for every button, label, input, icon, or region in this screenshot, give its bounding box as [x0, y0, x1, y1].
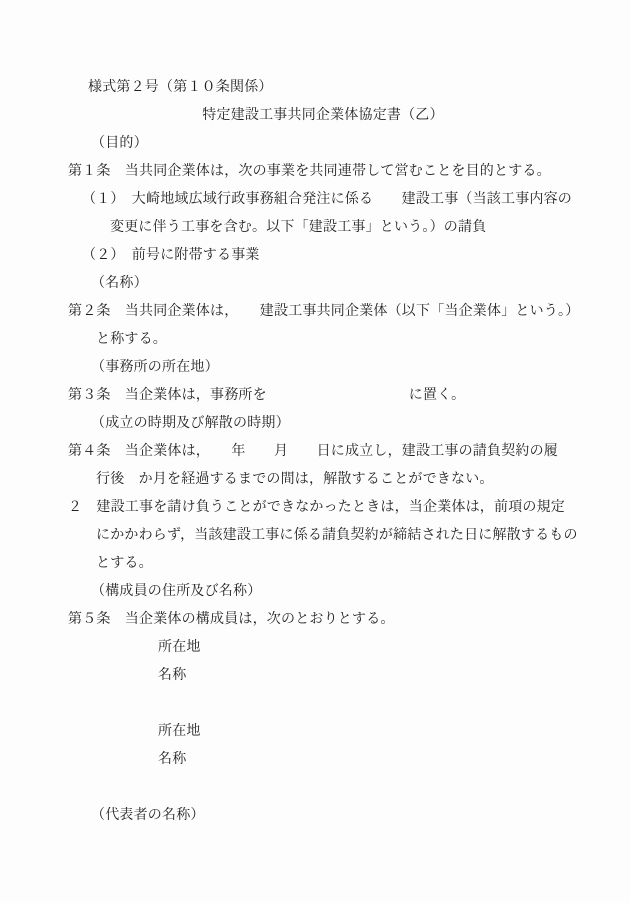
article-line: ２ 建設工事を請け負うことができなかったときは，当企業体は，前項の規定 — [68, 494, 578, 522]
blank-line — [68, 690, 578, 718]
article-line: 第４条 当企業体は， 年 月 日に成立し，建設工事の請負契約の履 — [68, 438, 578, 466]
item-line: （２） 前号に附帯する事業 — [68, 242, 578, 270]
continuation-line: にかかわらず，当該建設工事に係る請負契約が締結された日に解散するもの — [68, 522, 578, 550]
article-line: 第３条 当企業体は，事務所を に置く。 — [68, 382, 578, 410]
field-label: 名称 — [68, 746, 578, 774]
field-label: 名称 — [68, 662, 578, 690]
section-heading: （事務所の所在地） — [68, 354, 578, 382]
item-continuation-line: 変更に伴う工事を含む。以下「建設工事」という。）の請負 — [68, 214, 578, 242]
document-body: 様式第２号（第１０条関係）特定建設工事共同企業体協定書（乙）（目的）第１条 当共… — [68, 74, 578, 830]
blank-line — [68, 774, 578, 802]
section-heading: （構成員の住所及び名称） — [68, 578, 578, 606]
continuation-line: と称する。 — [68, 326, 578, 354]
continuation-line: とする。 — [68, 550, 578, 578]
section-heading: （成立の時期及び解散の時期） — [68, 410, 578, 438]
article-line: 第１条 当共同企業体は，次の事業を共同連帯して営むことを目的とする。 — [68, 158, 578, 186]
section-heading: （名称） — [68, 270, 578, 298]
article-line: 第５条 当企業体の構成員は，次のとおりとする。 — [68, 606, 578, 634]
document-page: 様式第２号（第１０条関係）特定建設工事共同企業体協定書（乙）（目的）第１条 当共… — [0, 0, 630, 903]
form-number-line: 様式第２号（第１０条関係） — [68, 74, 578, 102]
document-title: 特定建設工事共同企業体協定書（乙） — [68, 102, 578, 130]
field-label: 所在地 — [68, 634, 578, 662]
field-label: 所在地 — [68, 718, 578, 746]
continuation-line: 行後 か月を経過するまでの間は，解散することができない。 — [68, 466, 578, 494]
item-line: （１） 大崎地域広域行政事務組合発注に係る 建設工事（当該工事内容の — [68, 186, 578, 214]
section-heading: （代表者の名称） — [68, 802, 578, 830]
section-heading: （目的） — [68, 130, 578, 158]
article-line: 第２条 当共同企業体は， 建設工事共同企業体（以下「当企業体」という。） — [68, 298, 578, 326]
